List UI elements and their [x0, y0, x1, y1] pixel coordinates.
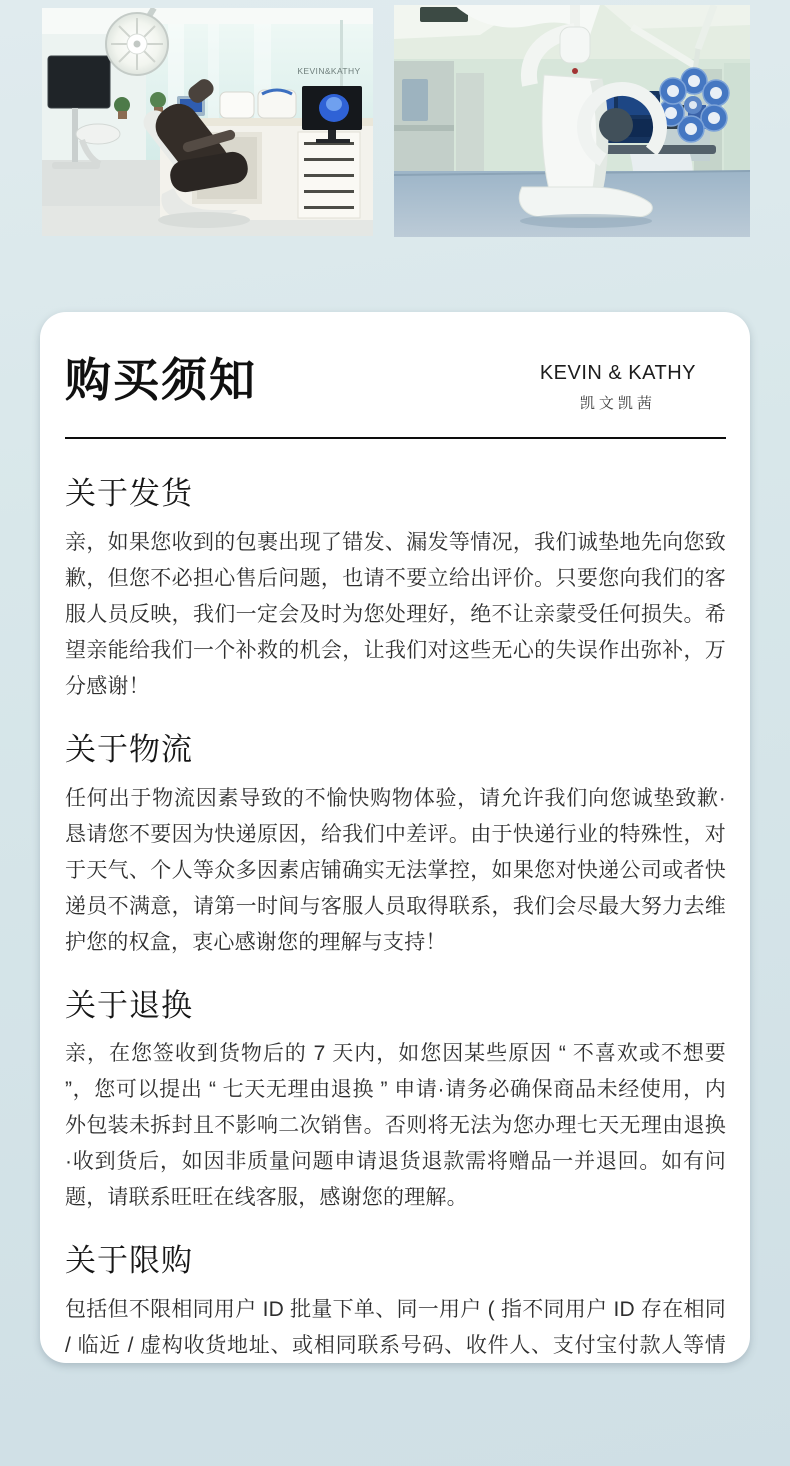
purchase-notice-card: 购买须知 KEVIN & KATHY 凯文凯茜 关于发货 亲，如果您收到的包裹出… — [40, 312, 750, 1363]
dental-clinic-illustration: KEVIN&KATHY — [42, 8, 373, 236]
section-purchase-limit-heading: 关于限购 — [65, 1242, 726, 1280]
left-doors — [394, 61, 484, 187]
section-purchase-limit-body: 包括但不限相同用户 ID 批量下单、同一用户 ( 指不同用户 ID 存在相同 /… — [65, 1292, 726, 1363]
section-returns-heading: 关于退换 — [65, 987, 726, 1025]
angiography-room-illustration — [394, 5, 750, 237]
brand-name: KEVIN & KATHY — [540, 362, 696, 385]
brand-name-chinese: 凯文凯茜 — [540, 392, 696, 413]
section-purchase-limit: 关于限购 包括但不限相同用户 ID 批量下单、同一用户 ( 指不同用户 ID 存… — [65, 1242, 726, 1363]
section-logistics-heading: 关于物流 — [65, 731, 726, 769]
brand-block: KEVIN & KATHY 凯文凯茜 — [540, 362, 696, 413]
header-divider — [65, 437, 726, 439]
card-header: 购买须知 KEVIN & KATHY 凯文凯茜 — [65, 354, 726, 413]
page-title: 购买须知 — [65, 354, 257, 407]
photo-wall-brand-text: KEVIN&KATHY — [297, 66, 360, 76]
section-returns-body: 亲，在您签收到货物后的 7 天内，如您因某些原因 “ 不喜欢或不想要 ”，您可以… — [65, 1036, 726, 1216]
dental-clinic-photo: KEVIN&KATHY — [42, 8, 373, 236]
section-returns: 关于退换 亲，在您签收到货物后的 7 天内，如您因某些原因 “ 不喜欢或不想要 … — [65, 987, 726, 1217]
section-shipping: 关于发货 亲，如果您收到的包裹出现了错发、漏发等情况，我们诚垫地先向您致歉，但您… — [65, 475, 726, 705]
angiography-room-photo — [394, 5, 750, 237]
section-logistics-body: 任何出于物流因素导致的不愉快购物体验，请允许我们向您诚垫致歉·恳请您不要因为快递… — [65, 781, 726, 961]
section-shipping-heading: 关于发货 — [65, 475, 726, 513]
section-shipping-body: 亲，如果您收到的包裹出现了错发、漏发等情况，我们诚垫地先向您致歉，但您不必担心售… — [65, 525, 726, 705]
section-logistics: 关于物流 任何出于物流因素导致的不愉快购物体验，请允许我们向您诚垫致歉·恳请您不… — [65, 731, 726, 961]
